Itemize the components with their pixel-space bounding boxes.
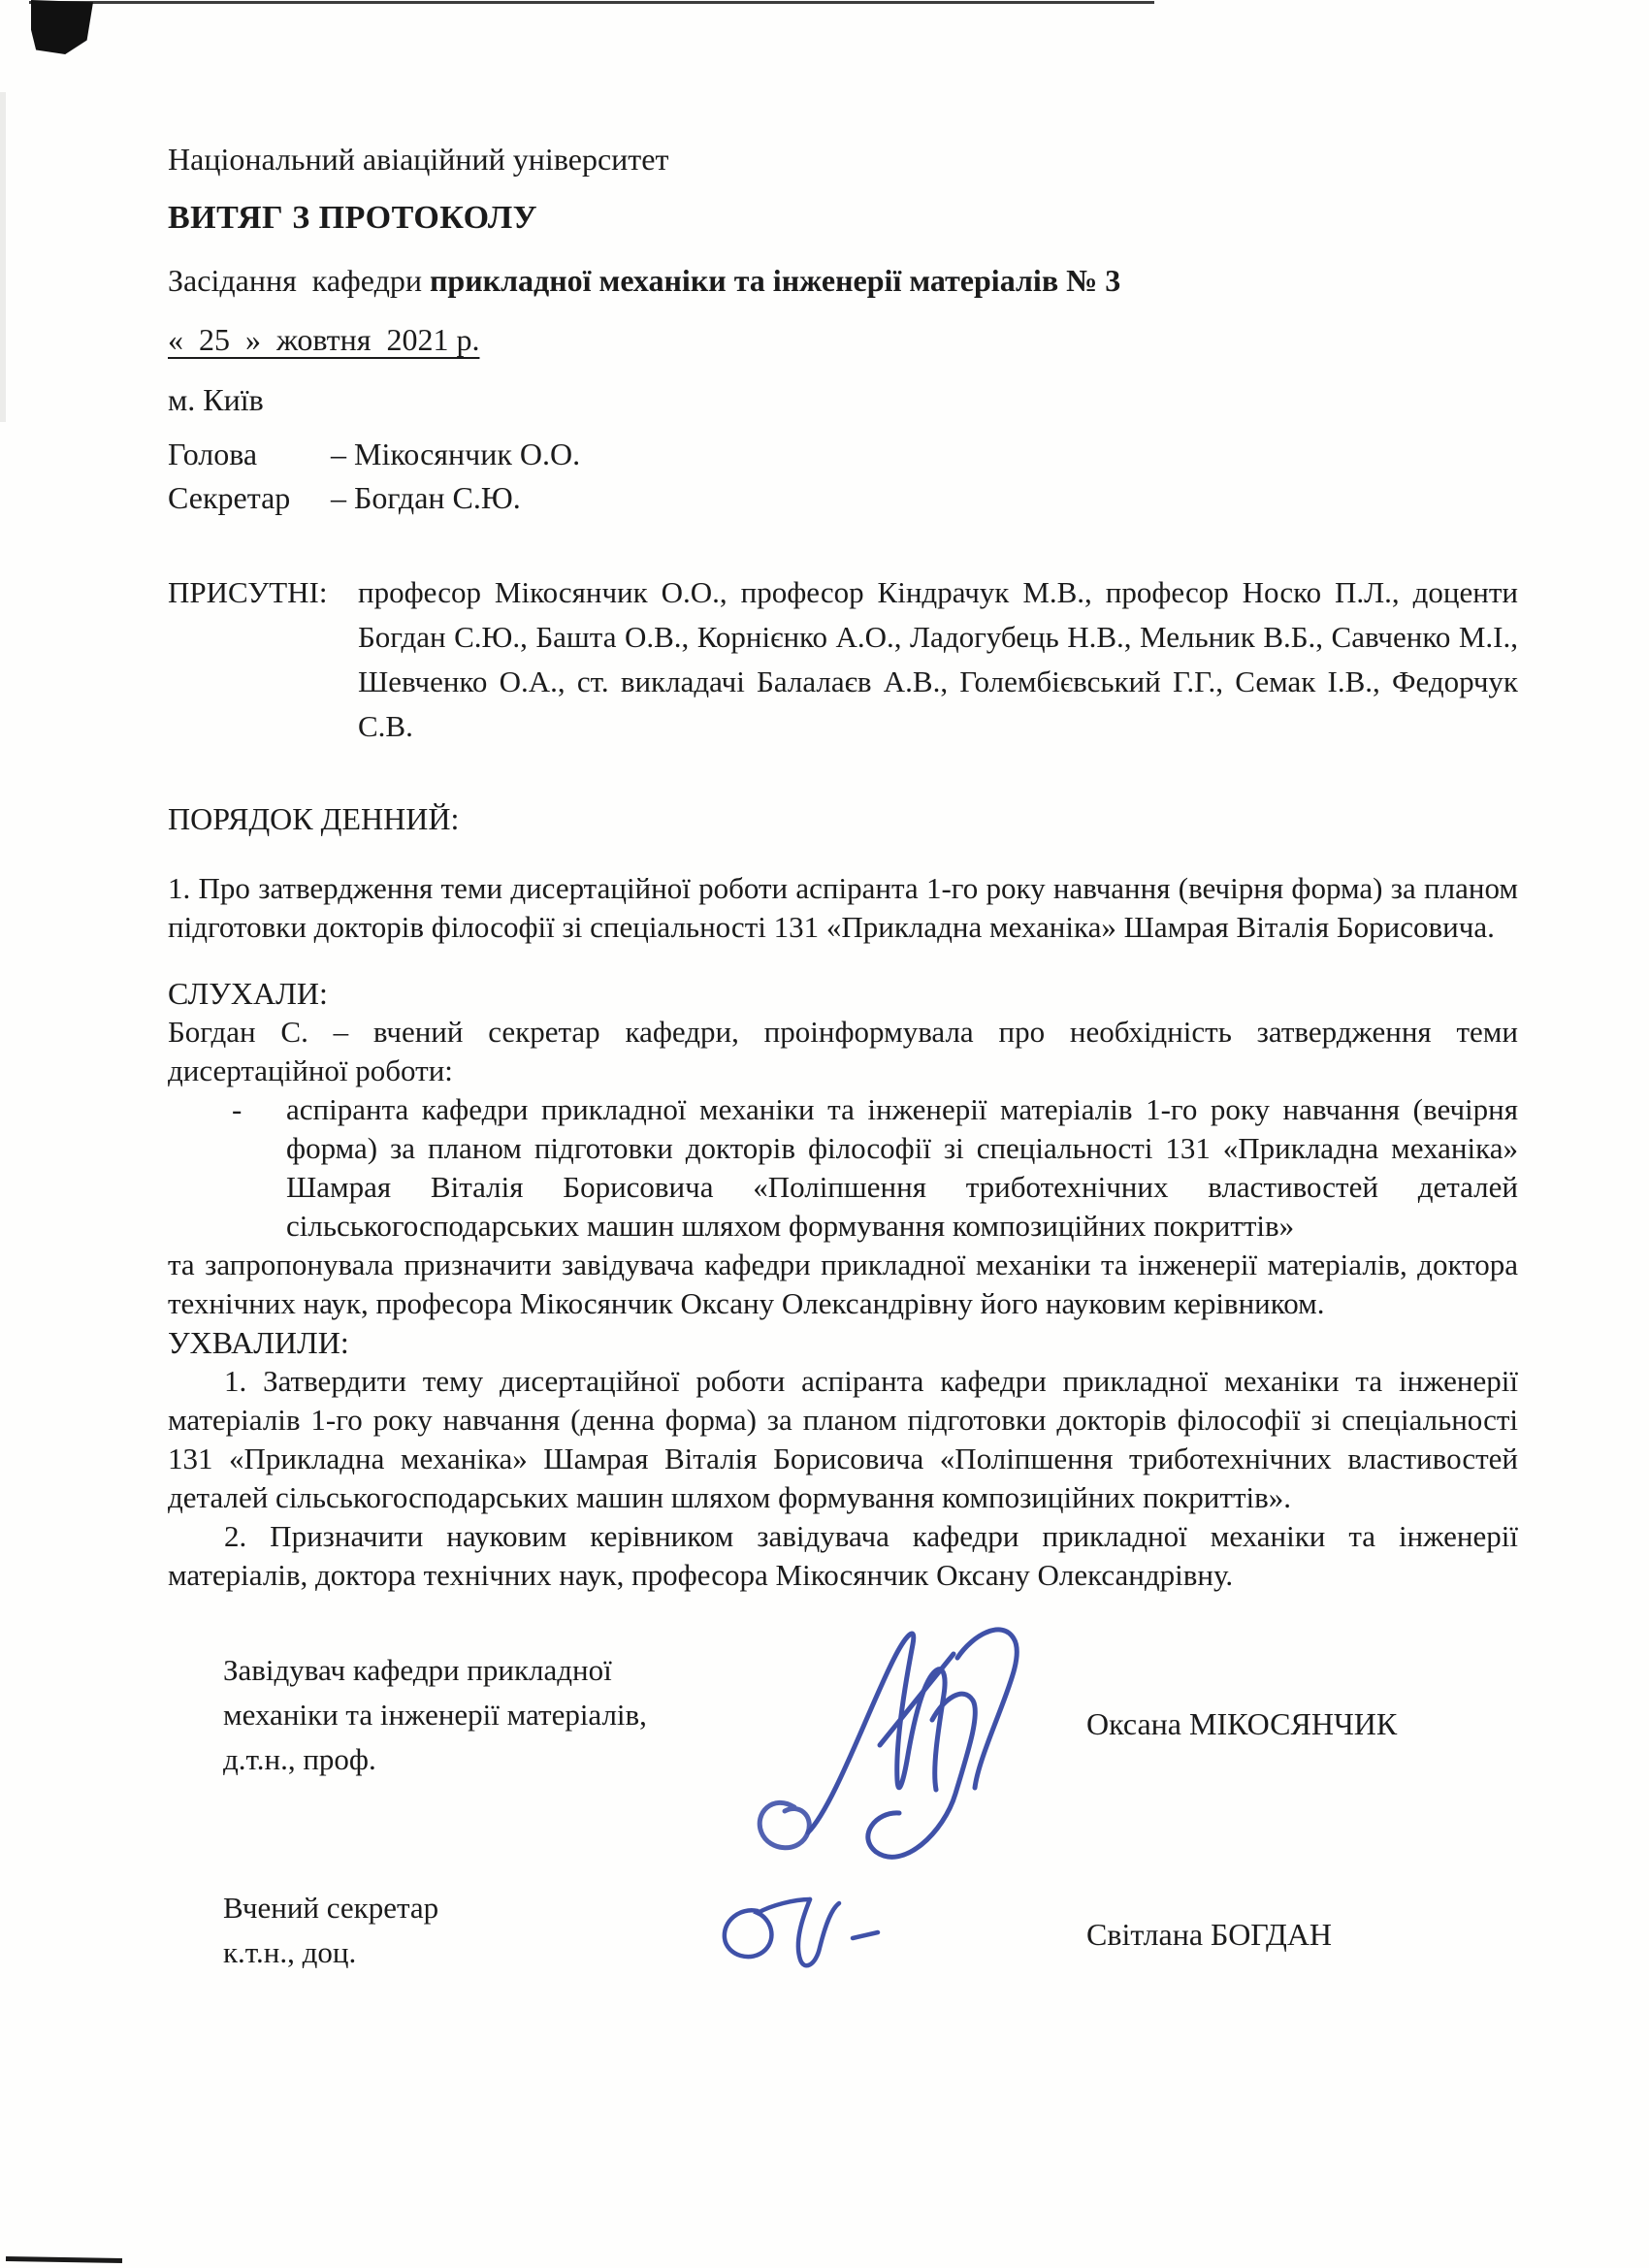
chair-label: Голова xyxy=(168,433,331,476)
signer-name-head: Оксана МІКОСЯНЧИК xyxy=(1086,1704,1397,1743)
chair-name: – Мікосянчик О.О. xyxy=(331,437,580,471)
secretary-label: Секретар xyxy=(168,476,331,520)
meeting-line: Засідання кафедри прикладної механіки та… xyxy=(168,258,1518,303)
heard-intro: Богдан С. – вчений секретар кафедри, про… xyxy=(168,1013,1518,1090)
institution-name: Національний авіаційний університет xyxy=(168,138,1518,180)
signature-row-head-of-department: Завідувач кафедри прикладної механіки та… xyxy=(223,1648,1518,1886)
resolved-item-1: 1. Затвердити тему дисертаційної роботи … xyxy=(168,1362,1518,1517)
agenda-heading: ПОРЯДОК ДЕННИЙ: xyxy=(168,797,1518,840)
heard-outro: та запропонувала призначити завідувача к… xyxy=(168,1246,1518,1323)
scan-artifact-top-line xyxy=(29,1,1154,4)
attendees-block: ПРИСУТНІ: професор Мікосянчик О.О., проф… xyxy=(168,570,1518,749)
signature-bohdan-ink xyxy=(713,1878,897,1985)
heard-bullet-item: - аспіранта кафедри прикладної механіки … xyxy=(168,1090,1518,1246)
officers-block: Голова– Мікосянчик О.О. Секретар– Богдан… xyxy=(168,433,1518,520)
signature-mikosyanchik-ink xyxy=(752,1617,1052,1898)
chair-line: Голова– Мікосянчик О.О. xyxy=(168,433,1518,476)
meeting-line-prefix: Засідання кафедри xyxy=(168,263,430,298)
signer-name-secretary: Світлана БОГДАН xyxy=(1086,1915,1332,1954)
meeting-line-department: прикладної механіки та інженерії матеріа… xyxy=(430,263,1120,298)
attendees-label: ПРИСУТНІ: xyxy=(168,570,358,749)
resolved-item-2: 2. Призначити науковим керівником завіду… xyxy=(168,1517,1518,1595)
document-body: Національний авіаційний університет ВИТЯ… xyxy=(168,138,1518,2012)
attendees-list: професор Мікосянчик О.О., професор Кіндр… xyxy=(358,570,1518,749)
date-line: « 25 » жовтня 2021 р. xyxy=(168,317,1518,362)
agenda-item-1: 1. Про затвердження теми дисертаційної р… xyxy=(168,869,1518,947)
scanned-protocol-page: Національний авіаційний університет ВИТЯ… xyxy=(0,0,1649,2268)
document-title: ВИТЯГ З ПРОТОКОЛУ xyxy=(168,196,1518,241)
bullet-dash-marker: - xyxy=(232,1090,242,1129)
date-value: « 25 » жовтня 2021 р. xyxy=(168,322,479,357)
heard-bullet-text: аспіранта кафедри прикладної механіки та… xyxy=(286,1090,1518,1246)
city-line: м. Київ xyxy=(168,378,1518,421)
resolved-heading: УХВАЛИЛИ: xyxy=(168,1323,1518,1362)
signature-section: Завідувач кафедри прикладної механіки та… xyxy=(168,1648,1518,2012)
secretary-name: – Богдан С.Ю. xyxy=(331,480,521,515)
secretary-line: Секретар– Богдан С.Ю. xyxy=(168,476,1518,520)
signature-row-secretary: Вчений секретар к.т.н., доц. Світлана БО… xyxy=(223,1886,1518,2012)
scan-artifact-corner xyxy=(31,0,93,54)
scan-artifact-left-streak xyxy=(0,92,6,422)
scan-artifact-bottom-line xyxy=(6,2256,122,2263)
heard-heading: СЛУХАЛИ: xyxy=(168,974,1518,1013)
